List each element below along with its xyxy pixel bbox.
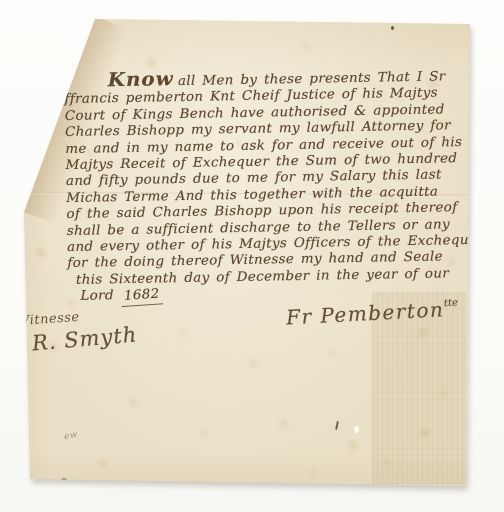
paper-shadow: Knowall Men by these presents That I Sr … — [0, 0, 504, 512]
edge-stain-speck — [61, 478, 67, 483]
year-1682: 1682 — [120, 287, 163, 308]
pencil-annotation: ew — [63, 429, 79, 442]
signature-superscript: tte — [444, 298, 459, 310]
witness-signature: R. Smyth — [31, 322, 138, 355]
pinhole-speck — [391, 26, 394, 30]
opening-initial: Know — [108, 68, 174, 91]
closing-word: Lord — [80, 288, 114, 304]
ink-fleck — [335, 421, 339, 430]
manuscript-text-block: Knowall Men by these presents That I Sr … — [64, 66, 497, 308]
witness-block: Witnesse R. Smyth — [16, 310, 137, 351]
manuscript-paper: Knowall Men by these presents That I Sr … — [0, 0, 504, 512]
foxing-stains — [0, 0, 2, 2]
manuscript-scan: Knowall Men by these presents That I Sr … — [0, 0, 504, 512]
paper-loss-speck — [354, 426, 359, 433]
